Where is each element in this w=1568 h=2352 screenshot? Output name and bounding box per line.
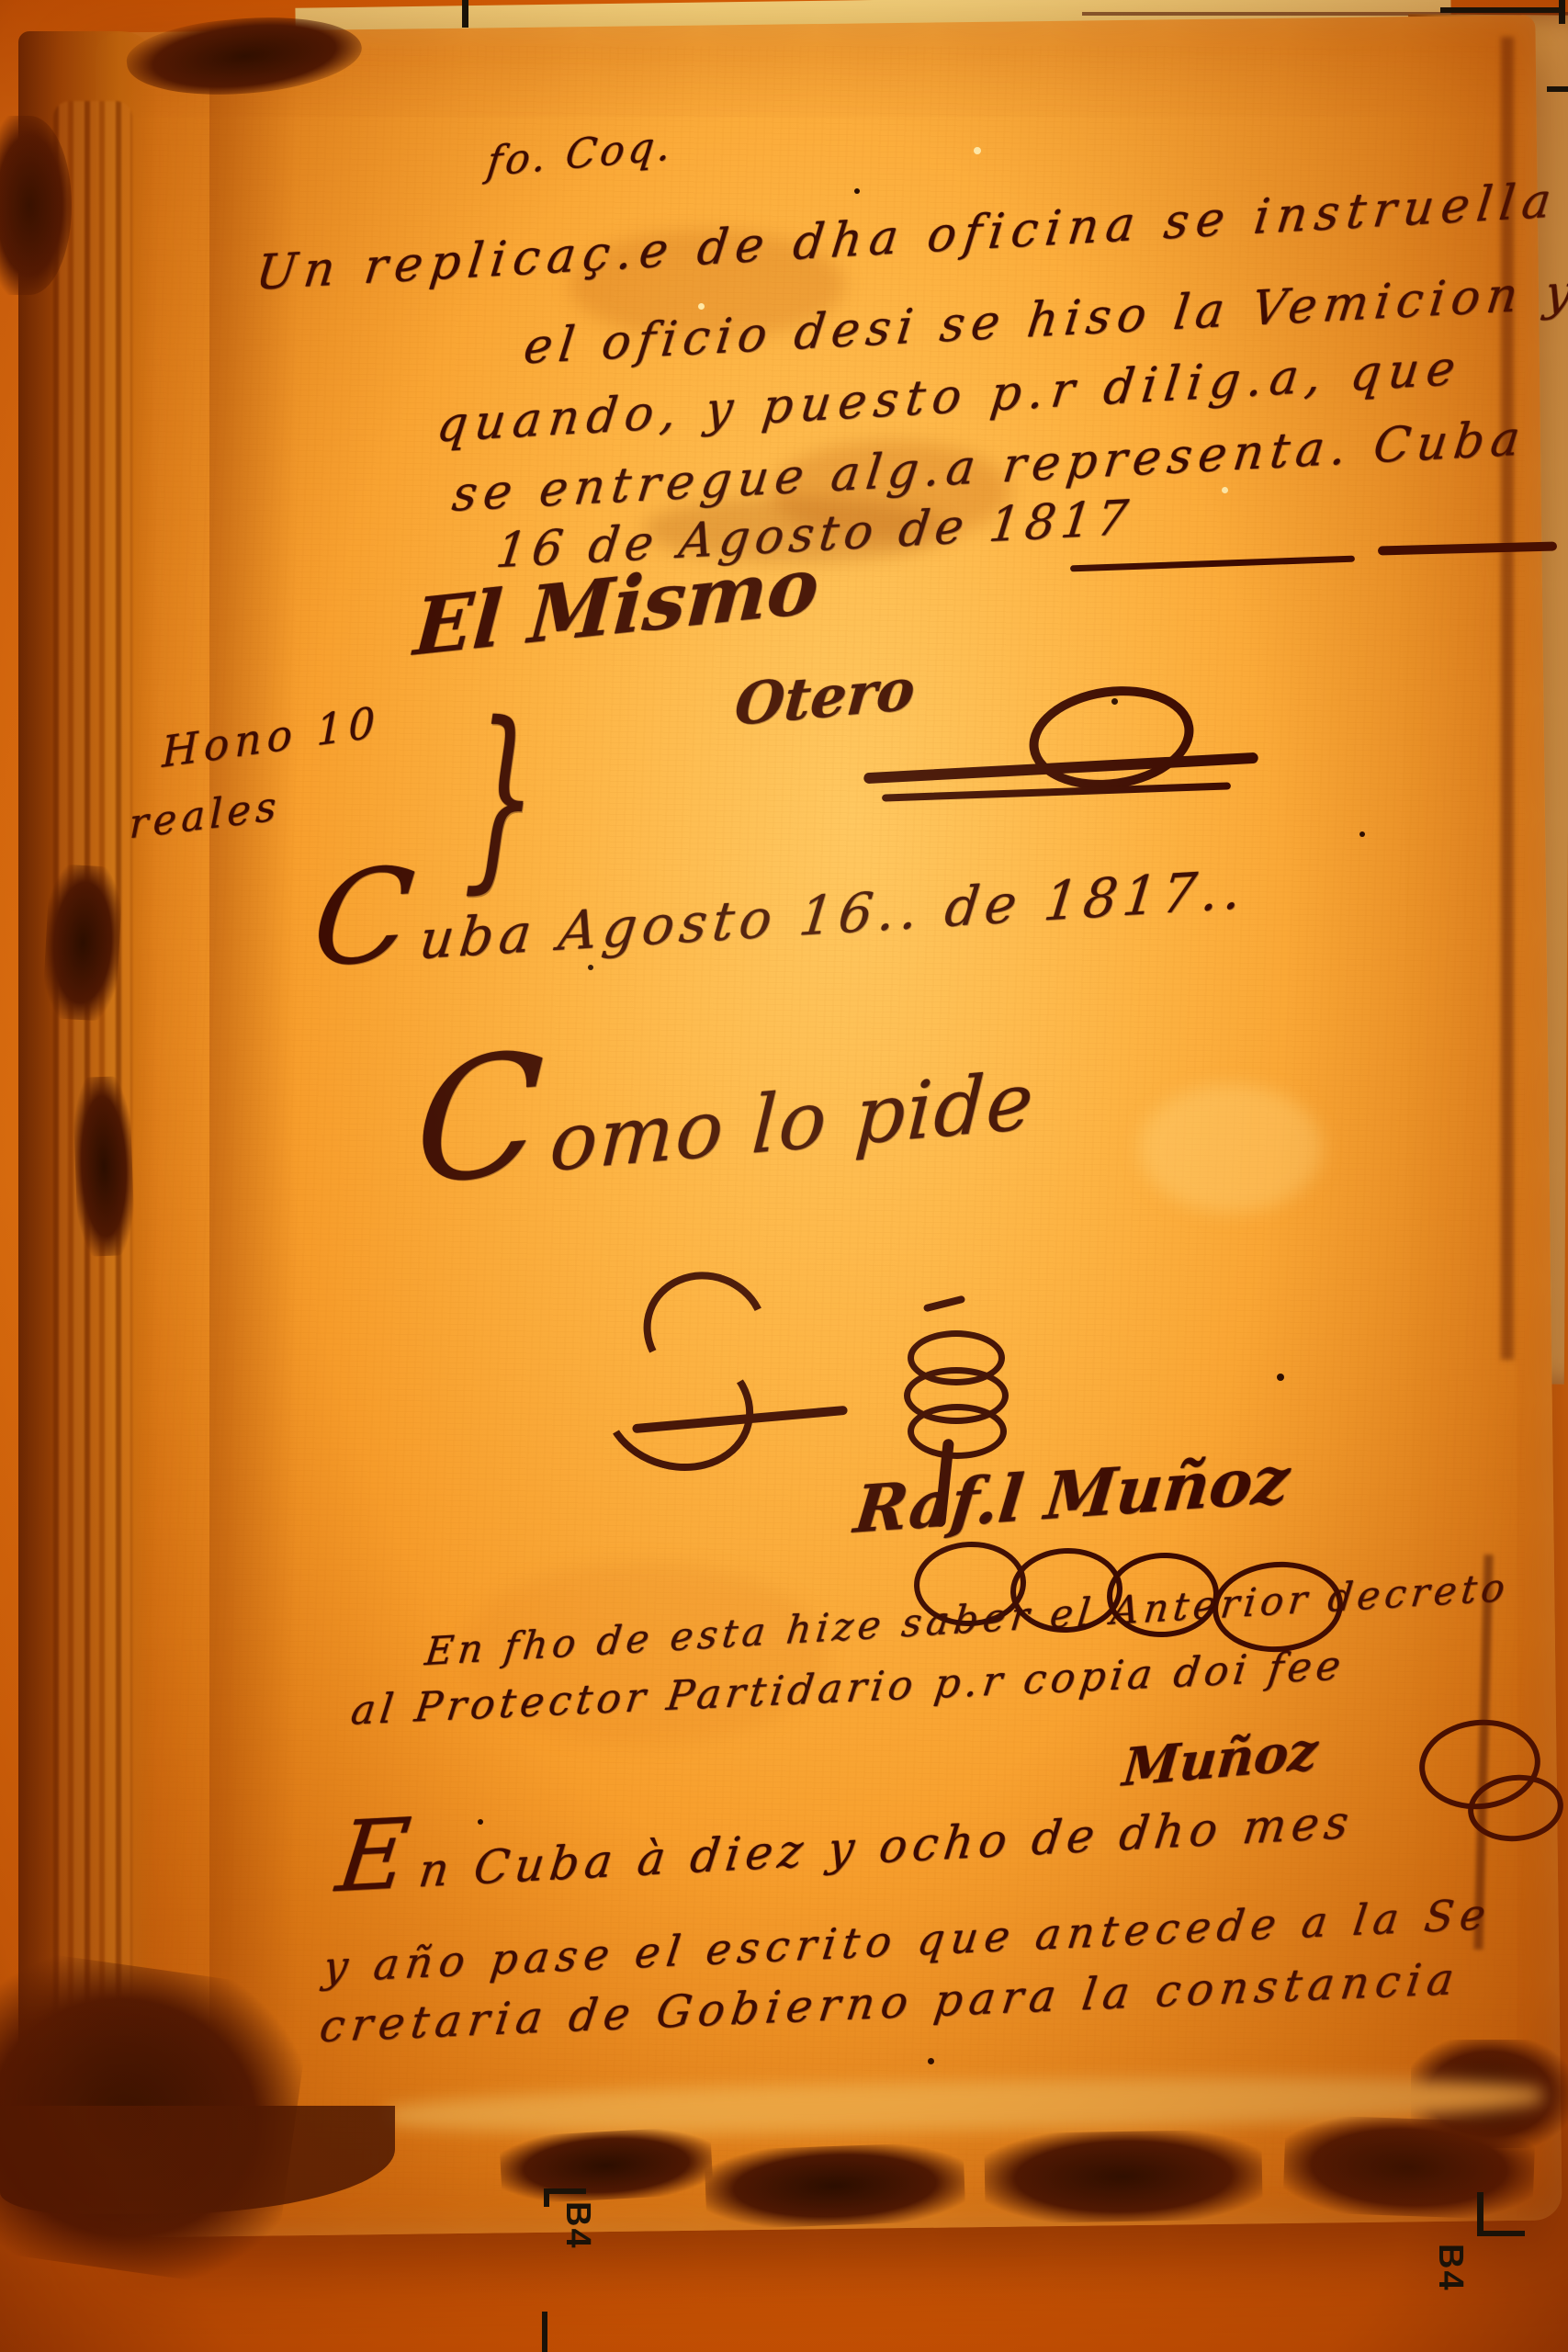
registration-mark-bottom-tick — [542, 2312, 547, 2352]
registration-mark-right-tick — [1547, 86, 1568, 92]
clerk-paraph-loop-3 — [908, 1404, 1007, 1459]
page-bottom-shadow-4 — [1282, 2114, 1536, 2220]
margin-mark-left-1 — [42, 864, 124, 1022]
registration-mark-top-tick — [462, 0, 468, 28]
light-patch — [1139, 1084, 1323, 1213]
ink-speck — [478, 1819, 483, 1825]
registration-mark-top-right-v — [1559, 0, 1565, 24]
page-right-crease — [1501, 37, 1514, 1360]
page-bottom-shadow-3 — [984, 2129, 1263, 2223]
registration-mark-top-right-h — [1440, 7, 1562, 13]
registration-mark-bottom-center-v — [544, 2188, 549, 2207]
registration-mark-bottom-right-h — [1477, 2231, 1525, 2236]
page-bottom-shadow-2 — [705, 2142, 966, 2230]
paper-speck — [1222, 487, 1228, 493]
fee-brace: } — [462, 682, 540, 914]
paper-speck — [974, 147, 981, 154]
paper-speck — [698, 303, 705, 310]
page-bottom-shadow-1 — [499, 2126, 714, 2205]
ink-speck — [928, 2058, 934, 2064]
registration-mark-bottom-center-h — [544, 2188, 586, 2194]
ink-speck — [1359, 831, 1365, 837]
margin-mark-left-2 — [73, 1076, 136, 1257]
gutter-shadow — [209, 83, 297, 2122]
b4-label-bottom-right: B4 — [1430, 2244, 1470, 2292]
ink-speck — [854, 188, 860, 194]
photo-canvas: fo. Coq. Un replicaç.e de dha oficina se… — [0, 0, 1568, 2352]
b4-label-bottom-center: B4 — [558, 2201, 597, 2250]
registration-mark-bottom-right-v — [1477, 2192, 1483, 2236]
ink-speck — [588, 965, 593, 970]
ink-speck — [1277, 1374, 1284, 1381]
